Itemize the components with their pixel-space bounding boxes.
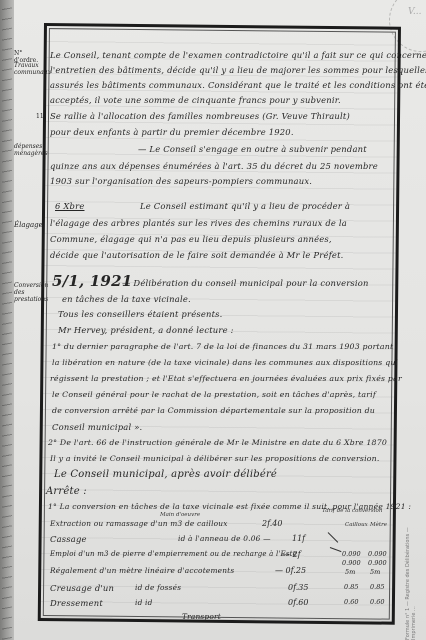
margin-note: dépenses xyxy=(14,143,42,150)
text-line: — Délibération du conseil municipal pour… xyxy=(122,278,369,288)
table-row-c2: 0.900 xyxy=(368,559,387,567)
table-row-label: Régalement d'un mètre linéaire d'accotem… xyxy=(50,566,234,575)
table-row-label: Emploi d'un m3 de pierre d'empierrement … xyxy=(50,550,297,558)
table-row-mid: id à l'anneau de 0.06 — xyxy=(178,534,271,543)
column-note: Main d'oeuvre xyxy=(160,512,200,518)
text-line: régissent la prestation ; et l'Etat s'ef… xyxy=(50,374,402,383)
text-line: pour deux enfants à partir du premier dé… xyxy=(50,127,294,137)
table-row-value: 0f.35 xyxy=(288,583,309,592)
table-row-label: Cassage xyxy=(50,534,87,544)
text-line: de conversion arrêté par la Commission d… xyxy=(52,406,375,415)
text-line: Il y a invité le Conseil municipal à dél… xyxy=(50,454,380,463)
section-date: 6 Xbre xyxy=(55,201,84,211)
table-row-mid: id id xyxy=(135,598,153,607)
table-row-label: Dressement xyxy=(50,598,103,608)
table-row-c2: 0.85 xyxy=(370,583,384,591)
tariff-col-header: Mètre xyxy=(370,522,387,528)
table-row-value: 11f xyxy=(292,534,305,543)
text-line: assurés les bâtiments communaux. Considé… xyxy=(50,80,426,90)
left-margin: N° d'ordre. Travaux communaux dépenses m… xyxy=(0,0,42,640)
text-line: Le Conseil municipal, après avoir délibé… xyxy=(54,469,277,480)
table-row-value: — 2f xyxy=(282,550,301,559)
text-line: l'entretien des bâtiments, décide qu'il … xyxy=(50,65,426,75)
text-line: Commune, élagage qui n'a pas eu lieu dep… xyxy=(50,234,332,244)
tariff-header: Tarif de la conversion xyxy=(322,508,382,514)
text-line: Conseil municipal ». xyxy=(52,422,142,432)
section-date: 5/1, 1921 xyxy=(52,272,132,290)
tariff-col-header: Cailloux xyxy=(345,522,368,528)
margin-note: Élagage xyxy=(14,222,43,229)
table-row-c1: 0.85 xyxy=(344,583,358,591)
table-extra: 5m xyxy=(370,568,380,576)
table-row-c2: 0.090 xyxy=(368,550,387,558)
table-row-c1: 0.900 xyxy=(342,559,361,567)
text-line: décide que l'autorisation de le faire so… xyxy=(50,250,344,260)
table-row-value: — 0f.25 xyxy=(275,566,306,575)
text-line: acceptés, il vote une somme de cinquante… xyxy=(50,95,341,105)
text-line: Le Conseil, tenant compte de l'examen co… xyxy=(50,50,426,60)
table-row-value: 2f.40 xyxy=(262,519,283,528)
table-row-c2: 0.60 xyxy=(370,598,384,606)
arrete-label: Arrête : xyxy=(46,486,87,497)
table-row-c1: 0.60 xyxy=(344,598,358,606)
text-line: en tâches de la taxe vicinale. xyxy=(62,294,191,304)
table-row-label: Extraction ou ramassage d'un m3 de caill… xyxy=(50,519,228,528)
table-row-value: 0f.60 xyxy=(288,598,309,607)
text-line: l'élagage des arbres plantés sur les riv… xyxy=(50,218,347,228)
table-footer: Transport xyxy=(182,612,221,621)
text-line: 1° du dernier paragraphe de l'art. 7 de … xyxy=(52,342,393,351)
text-line: Le Conseil estimant qu'il y a lieu de pr… xyxy=(140,201,350,211)
text-line: le Conseil général pour le rachat de la … xyxy=(52,390,376,399)
text-line: Se rallie à l'allocation des familles no… xyxy=(50,111,350,121)
table-extra: 5m xyxy=(345,568,355,576)
table-row-mid: id de fossés xyxy=(135,583,181,592)
text-line: la libération en nature (de la taxe vici… xyxy=(52,358,398,367)
margin-note: Travaux xyxy=(14,62,39,69)
text-line: quinze ans aux dépenses énumérées à l'ar… xyxy=(50,161,378,171)
stamp-text: V... xyxy=(408,7,422,17)
text-line: 1903 sur l'organisation des sapeurs-pomp… xyxy=(50,176,312,186)
text-line: Tous les conseillers étaient présents. xyxy=(58,309,223,319)
printer-imprint: Formule n° 1 — Registre des Délibération… xyxy=(405,500,417,640)
text-line: 2° De l'art. 66 de l'instruction général… xyxy=(48,438,387,447)
text-line: Mr Hervey, président, a donné lecture : xyxy=(58,325,234,335)
table-row-c1: 0.090 xyxy=(342,550,361,558)
table-row-label: Creusage d'un xyxy=(50,583,114,593)
text-line: — Le Conseil s'engage en outre à subveni… xyxy=(138,144,367,154)
